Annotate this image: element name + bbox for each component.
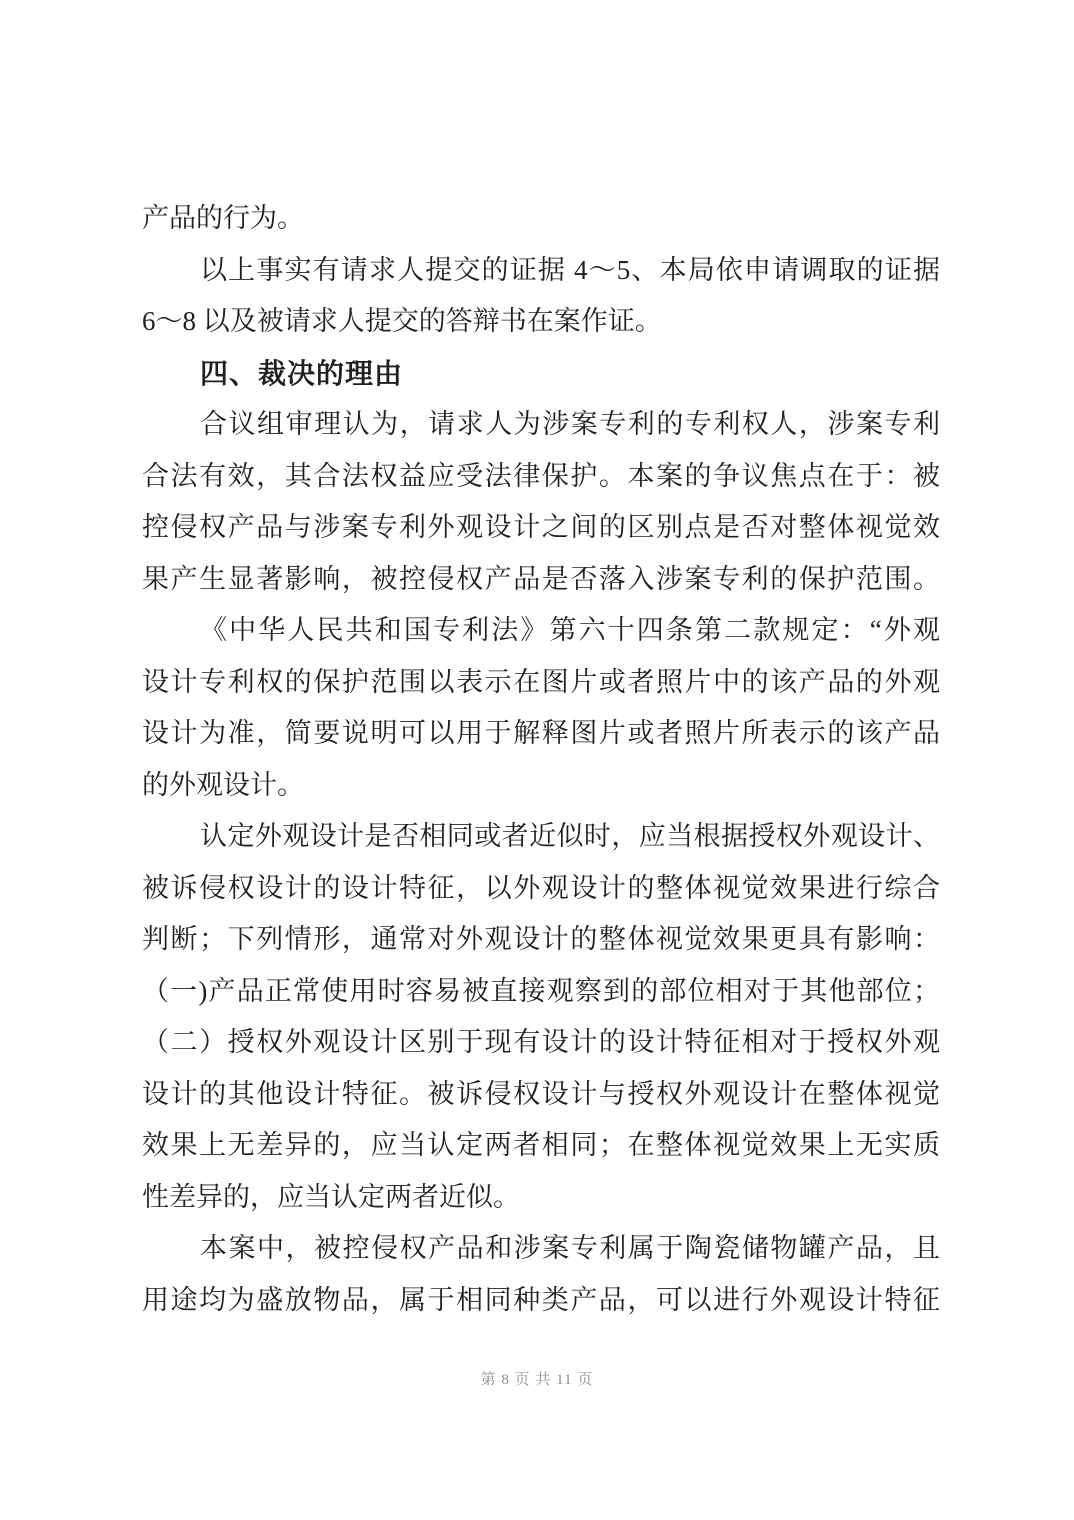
text-line: （一)产品正常使用时容易被直接观察到的部位相对于其他部位； xyxy=(142,966,940,1018)
text-line: 的外观设计。 xyxy=(142,760,940,812)
text-line: 用途均为盛放物品，属于相同种类产品，可以进行外观设计特征 xyxy=(142,1275,940,1327)
document-body: 产品的行为。以上事实有请求人提交的证据 4～5、本局依申请调取的证据6～8 以及… xyxy=(142,193,940,1326)
text-line: 果产生显著影响，被控侵权产品是否落入涉案专利的保护范围。 xyxy=(142,554,940,606)
text-line: 合议组审理认为，请求人为涉案专利的专利权人，涉案专利 xyxy=(142,399,940,451)
text-line: 设计为准，简要说明可以用于解释图片或者照片所表示的该产品 xyxy=(142,708,940,760)
text-line: 性差异的，应当认定两者近似。 xyxy=(142,1172,940,1224)
text-line: 判断；下列情形，通常对外观设计的整体视觉效果更具有影响： xyxy=(142,914,940,966)
text-line: 以上事实有请求人提交的证据 4～5、本局依申请调取的证据 xyxy=(142,245,940,297)
text-line: 6～8 以及被请求人提交的答辩书在案作证。 xyxy=(142,296,940,348)
text-line: 设计的其他设计特征。被诉侵权设计与授权外观设计在整体视觉 xyxy=(142,1069,940,1121)
text-line: 控侵权产品与涉案专利外观设计之间的区别点是否对整体视觉效 xyxy=(142,502,940,554)
text-line: 合法有效，其合法权益应受法律保护。本案的争议焦点在于：被 xyxy=(142,451,940,503)
text-line: 《中华人民共和国专利法》第六十四条第二款规定：“外观 xyxy=(142,605,940,657)
text-line: 设计专利权的保护范围以表示在图片或者照片中的该产品的外观 xyxy=(142,657,940,709)
text-line: 效果上无差异的，应当认定两者相同；在整体视觉效果上无实质 xyxy=(142,1120,940,1172)
text-line: 本案中，被控侵权产品和涉案专利属于陶瓷储物罐产品，且 xyxy=(142,1223,940,1275)
text-line: （二）授权外观设计区别于现有设计的设计特征相对于授权外观 xyxy=(142,1017,940,1069)
page-number-footer: 第 8 页 共 11 页 xyxy=(0,1368,1074,1389)
text-line: 被诉侵权设计的设计特征，以外观设计的整体视觉效果进行综合 xyxy=(142,863,940,915)
document-page: 产品的行为。以上事实有请求人提交的证据 4～5、本局依申请调取的证据6～8 以及… xyxy=(0,0,1074,1520)
text-line: 产品的行为。 xyxy=(142,193,940,245)
section-heading: 四、裁决的理由 xyxy=(142,348,940,400)
text-line: 认定外观设计是否相同或者近似时，应当根据授权外观设计、 xyxy=(142,811,940,863)
